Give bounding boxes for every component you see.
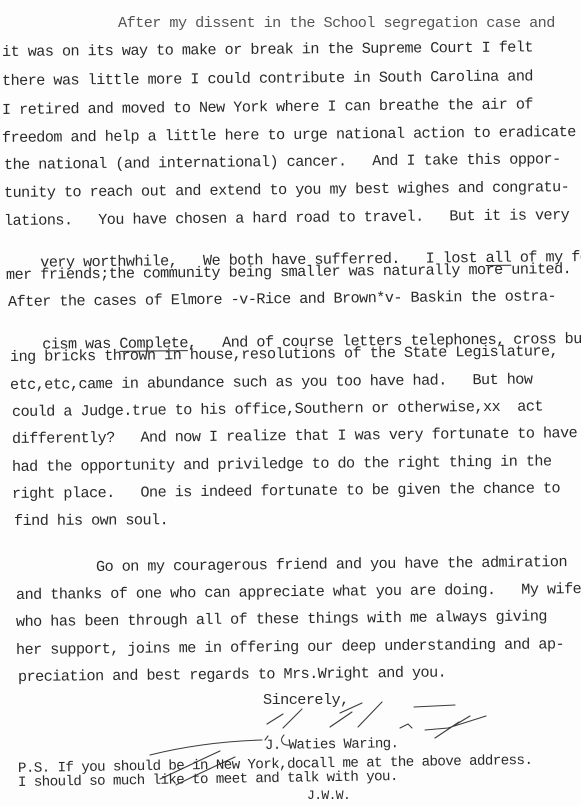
body-line-18: right place. One is indeed fortunate to …: [12, 481, 560, 502]
body-line-1: After my dissent in the School segregati…: [118, 16, 555, 31]
body-line-2: it was on its way to make or break in th…: [2, 40, 533, 60]
body-line-7: tunity to reach out and extend to you my…: [4, 180, 569, 201]
body-line-8: lations. You have chosen a hard road to …: [4, 208, 569, 229]
body-line-19: find his own soul.: [14, 513, 168, 529]
body-line-23: her support, joins me in offering our de…: [16, 637, 564, 658]
initials: J.W.W.: [307, 789, 350, 802]
body-line-21: and thanks of one who can appreciate wha…: [16, 582, 581, 603]
body-line-3: there was little more I could contribute…: [2, 69, 533, 89]
body-line-15: could a Judge.true to his office,Souther…: [12, 399, 543, 420]
body-line-6: the national (and international) cancer.…: [4, 152, 561, 173]
letter-page: After my dissent in the School segregati…: [0, 0, 581, 806]
body-line-16: differently? And now I realize that I wa…: [12, 426, 577, 447]
body-line-24: preciation and best regards to Mrs.Wrigh…: [18, 666, 446, 686]
body-line-14: etc,etc,came in abundance such as you to…: [10, 373, 533, 394]
signature-name: J. Waties Waring.: [265, 737, 399, 753]
body-line-22: who has been through all of these things…: [16, 609, 547, 630]
closing: Sincerely,: [263, 693, 349, 708]
body-line-17: had the opportunity and priviledge to do…: [12, 454, 552, 475]
body-line-4: I retired and moved to New York where I …: [2, 97, 533, 118]
body-line-11: After the cases of Elmore -v-Rice and Br…: [8, 289, 556, 310]
body-line-5: freedom and help a little here to urge n…: [2, 125, 576, 146]
body-line-20: Go on my couragerous friend and you have…: [96, 555, 567, 575]
